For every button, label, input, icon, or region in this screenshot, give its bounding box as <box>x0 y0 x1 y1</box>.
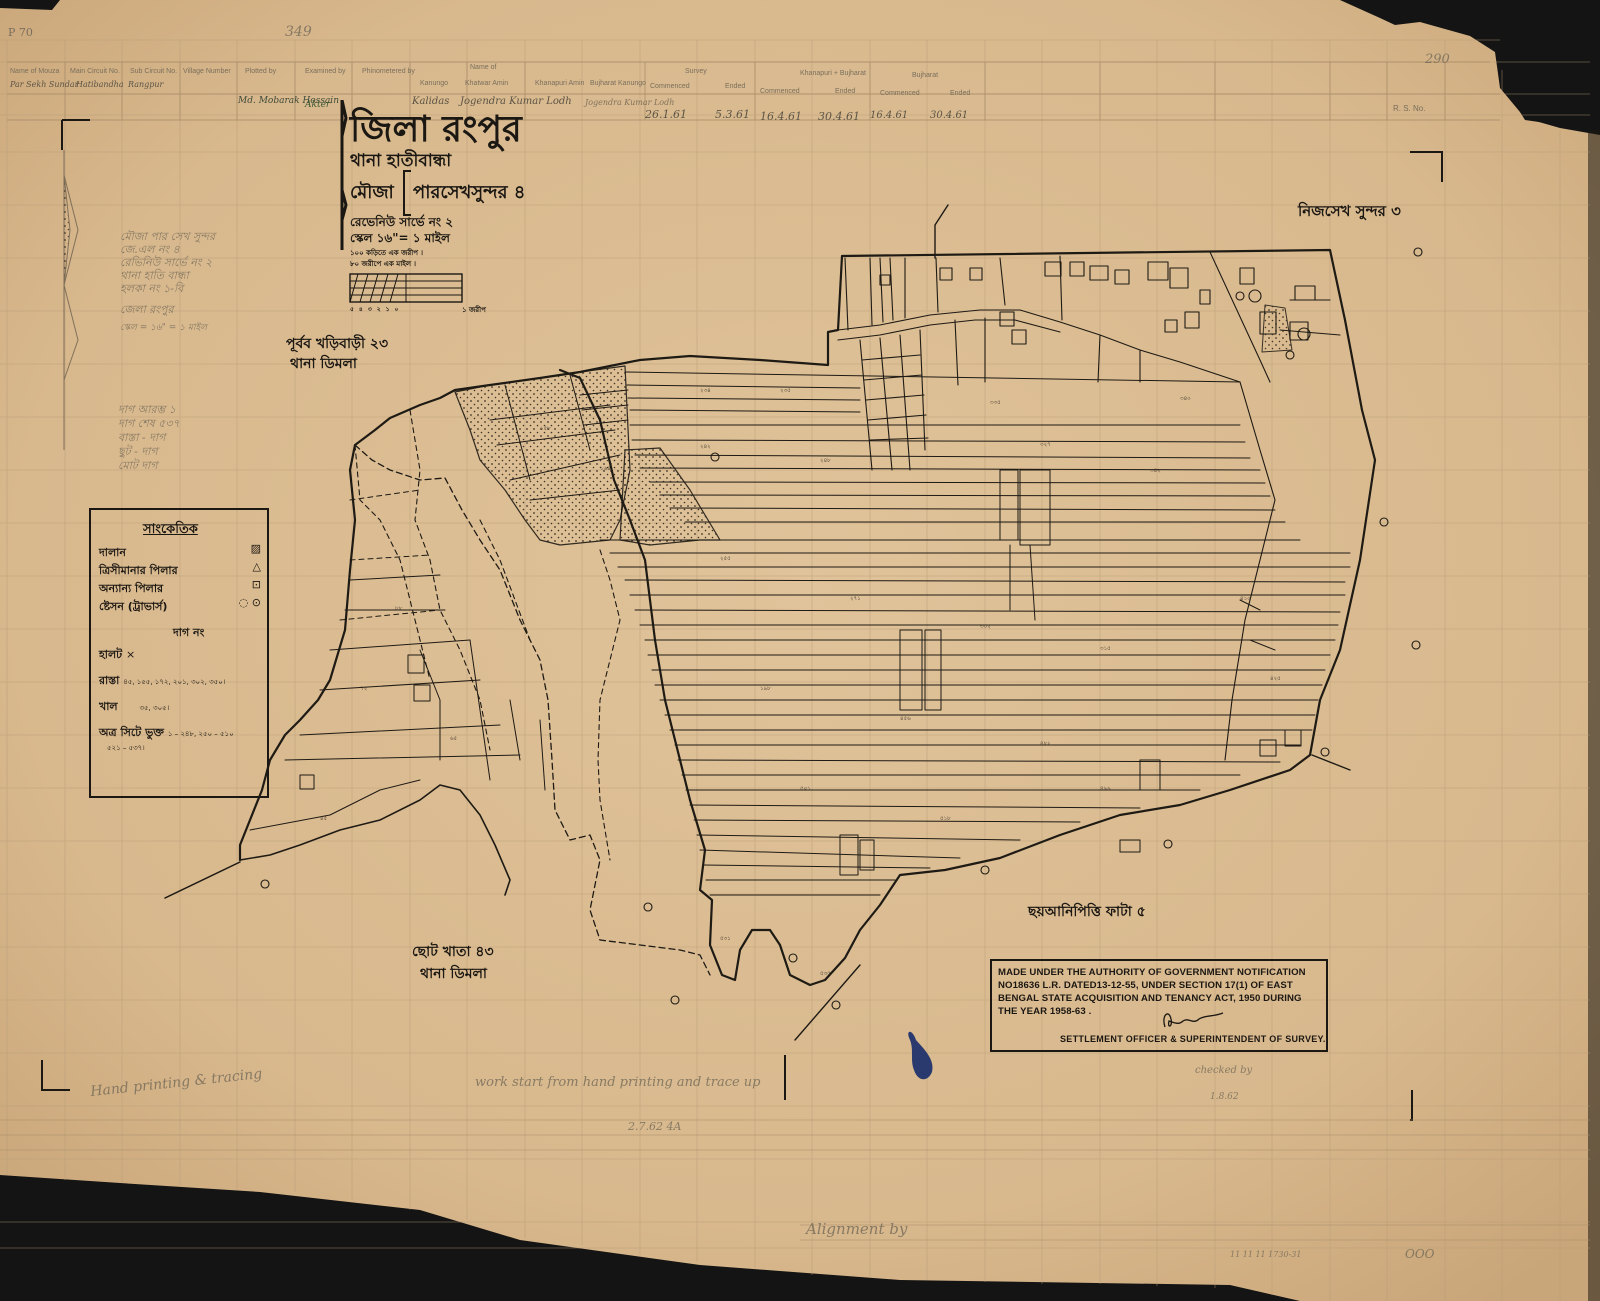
pencil-note-footer-numbers: 11 11 11 1730-31 <box>1230 1250 1301 1259</box>
header-label-khanapuri-commenced: Commenced <box>760 88 800 95</box>
svg-text:২৩৪: ২৩৪ <box>700 388 711 394</box>
header-value-mouza: Par Sekh Sundar <box>10 80 78 89</box>
header-label-survey-commenced: Commenced <box>650 83 690 90</box>
legend-dag-header: দাগ নং <box>173 624 204 643</box>
header-label-village-number: Village Number <box>183 68 231 75</box>
pencil-note-work-start: work start from hand printing and trace … <box>475 1075 761 1090</box>
header-label-bujharat-commenced: Commenced <box>880 90 920 97</box>
header-value-bujharat-ended: 30.4.61 <box>930 110 968 121</box>
legend-box: সাংকেতিক দালান ▨ ত্রিসীমানার পিলার △ অন্… <box>89 508 269 798</box>
adjacent-mouza-south-west-thana: থানা ডিমলা <box>420 962 487 986</box>
dag-row-value: ৩৫, ৩০৫। <box>139 704 169 712</box>
header-label-survey: Survey <box>685 68 707 75</box>
header-label-bujharat-kanungo: Bujharat Kanungo <box>590 80 646 87</box>
title-thana: থানা হাতীবান্ধা <box>350 148 451 176</box>
header-label-sub-circuit: Sub Circuit No. <box>130 68 177 75</box>
top-right-pencil-number: 290 <box>1425 52 1450 67</box>
square-pillar-icon: ⊡ <box>252 578 261 591</box>
svg-text:৫৩৫: ৫৩৫ <box>820 971 831 977</box>
header-value-sub-circuit: Rangpur <box>128 80 163 89</box>
header-value-bujharat-commenced: 16.4.61 <box>870 110 908 121</box>
pencil-note-line: মৌজা পার সেখ সুন্দর <box>120 230 215 243</box>
svg-text:২৭১: ২৭১ <box>850 596 861 602</box>
station-circle-icon: ◌ ⊙ <box>239 596 261 609</box>
dag-row-label: অত্র সিটে ভুক্ত <box>99 726 164 739</box>
svg-text:৫৩১: ৫৩১ <box>720 936 731 942</box>
header-label-kanungo: Kanungo <box>420 80 448 87</box>
legend-dag-row-road: রাস্তা ৪৫, ১৫৫, ১৭২, ২০১, ৩০২, ৩৫০। <box>99 672 225 691</box>
pencil-note-line: ছুট - দাগ <box>118 445 180 459</box>
svg-text:২৪২: ২৪২ <box>700 444 711 450</box>
scale-tick: ০ <box>395 306 404 313</box>
pencil-note-line: জে.এল নং ৪ <box>120 243 215 256</box>
sheet-reference: P 70 <box>8 26 33 39</box>
svg-text:২৪৮: ২৪৮ <box>820 458 831 464</box>
svg-text:২৩৫: ২৩৫ <box>780 388 791 394</box>
header-label-mouza: Name of Mouza <box>10 68 59 75</box>
scale-tick: ৫ <box>350 306 359 313</box>
dag-row-label: খাল <box>99 700 118 713</box>
scale-bar <box>348 272 478 308</box>
header-value-survey-commenced: 26.1.61 <box>645 108 687 121</box>
svg-text:৪৫৬: ৪৫৬ <box>900 716 911 722</box>
scale-bar-ticks: ৫৪৩২১০ <box>350 304 403 315</box>
header-value-main-circuit: Hatibandha <box>76 80 124 89</box>
svg-text:১৬৪: ১৬৪ <box>600 466 611 472</box>
legend-dag-row-canal: খাল ৩৫, ৩০৫। <box>99 698 169 717</box>
header-label-phinometered-by: Phinometered by <box>362 68 415 75</box>
pencil-note-line: স্কেল = ১৬" = ১ মাইল <box>120 322 215 335</box>
dag-row-label: হালট <box>99 648 122 661</box>
svg-text:৪২৫: ৪২৫ <box>1270 676 1281 682</box>
legend-dag-row-included-cont: ৫২১ – ৫৩৭। <box>107 742 145 754</box>
header-label-bujharat-period: Bujharat <box>912 72 938 79</box>
pencil-notes-left: মৌজা পার সেখ সুন্দর জে.এল নং ৪ রেভিনিউ স… <box>120 230 215 335</box>
dag-row-value: ৪৫, ১৫৫, ১৭২, ২০১, ৩০২, ৩৫০। <box>123 678 225 686</box>
adjacent-mouza-north-east: নিজসেখ সুন্দর ৩ <box>1298 200 1401 225</box>
svg-text:২৫৫: ২৫৫ <box>720 556 731 562</box>
pencil-note-alignment: Alignment by <box>806 1220 907 1238</box>
pencil-note-line: জেলা রংপুর <box>120 303 215 316</box>
pencil-note-line: দাগ শেষ ৫৩৭ <box>118 417 180 431</box>
scale-tick: ২ <box>377 306 386 313</box>
header-value-khanapuri-ended: 30.4.61 <box>818 110 860 123</box>
pencil-note-line: থানা হাতি বান্ধা <box>120 269 215 282</box>
header-label-khanapuri-amin: Khanapuri Amin <box>535 80 584 87</box>
scale-tick: ৪ <box>359 306 368 313</box>
triangle-pillar-icon: △ <box>253 560 261 573</box>
header-label-plotted-by: Plotted by <box>245 68 276 75</box>
header-label-name-of: Name of <box>470 64 496 71</box>
header-label-khanapuri-ended: Ended <box>835 88 855 95</box>
pencil-note-line: বাস্তা - দাগ <box>118 431 180 445</box>
mouza-bracket <box>403 170 411 216</box>
svg-text:৩৩৫: ৩৩৫ <box>990 400 1001 406</box>
header-label-bujharat-ended: Ended <box>950 90 970 97</box>
header-value-examined-by: Akter <box>305 100 330 110</box>
scale-tick: ৩ <box>368 306 377 313</box>
cadastral-map-sheet: ২৩৪২৩৫ ২৪২২৪৮ ৩৩৫৩২৭ ৩৪০৩৪২ ২৫৫২৭১ ৩০২৩১… <box>0 0 1600 1301</box>
svg-text:৭২: ৭২ <box>360 686 368 692</box>
header-label-khatwar: Khatwar Amin <box>465 80 508 87</box>
svg-text:৩৪০: ৩৪০ <box>1180 396 1191 402</box>
legend-dag-row-included: অত্র সিটে ভুক্ত ১ – ২৪৮, ২৫০ – ৫১০ <box>99 724 234 743</box>
scale-tick: ১ <box>386 306 395 313</box>
dag-row-label: রাস্তা <box>99 674 119 687</box>
legend-title: সাংকেতিক <box>143 520 198 541</box>
top-pencil-number: 349 <box>285 24 312 40</box>
svg-text:৮৮: ৮৮ <box>395 606 403 612</box>
pencil-note-checked-date: 1.8.62 <box>1210 1092 1239 1102</box>
header-label-survey-ended: Ended <box>725 83 745 90</box>
svg-text:৩০২: ৩০২ <box>980 624 991 630</box>
building-icon: ▨ <box>251 542 261 555</box>
adjacent-mouza-north-west-thana: থানা ডিমলা <box>290 352 357 376</box>
pencil-note-checked-by: checked by <box>1195 1065 1252 1076</box>
header-value-khanapuri-commenced: 16.4.61 <box>760 110 802 123</box>
pencil-note-line: রেভিনিউ সার্ভে নং ২ <box>120 256 215 269</box>
svg-text:৫১৮: ৫১৮ <box>940 816 951 822</box>
signature-icon <box>1157 1005 1227 1031</box>
adjacent-mouza-south-west: ছোট খাতা ৪৩ <box>412 940 494 964</box>
svg-text:৪৮২: ৪৮২ <box>1040 741 1051 747</box>
svg-text:৬৫: ৬৫ <box>450 736 458 742</box>
pencil-note-line: মোট দাগ <box>118 459 180 473</box>
svg-text:৩৪২: ৩৪২ <box>1150 468 1161 474</box>
legend-item-other-pillar: অন্যান্য পিলার <box>99 580 163 599</box>
title-mouza-label: মৌজা <box>350 178 394 209</box>
pencil-note-initials: 2.7.62 4A <box>628 1120 681 1133</box>
svg-text:১৫৮: ১৫৮ <box>540 426 551 432</box>
dag-row-value: ১ – ২৪৮, ২৫০ – ৫১০ <box>168 730 234 738</box>
header-label-examined-by: Examined by <box>305 68 345 75</box>
svg-text:১৯৮: ১৯৮ <box>760 686 771 692</box>
svg-text:৩২৭: ৩২৭ <box>1040 442 1051 448</box>
svg-text:৪৯৯: ৪৯৯ <box>1100 786 1111 792</box>
title-scale-note-2: ৮০ জরীপে এক মাইল । <box>350 258 416 270</box>
header-label-main-circuit: Main Circuit No. <box>70 68 120 75</box>
header-label-rs-no: R. S. No. <box>1393 104 1425 113</box>
signatory-label: SETTLEMENT OFFICER & SUPERINTENDENT OF S… <box>1060 1034 1326 1044</box>
adjacent-mouza-south-east: ছয়আনিপিত্তি ফাটা ৫ <box>1028 900 1146 924</box>
pencil-notes-dag: দাগ আরম্ভ ১ দাগ শেষ ৫৩৭ বাস্তা - দাগ ছুট… <box>118 403 180 473</box>
pencil-note-line: দাগ আরম্ভ ১ <box>118 403 180 417</box>
title-bracket-icon <box>334 100 350 250</box>
legend-item-building: দালান <box>99 544 126 563</box>
svg-text:৪৫: ৪৫ <box>320 816 328 822</box>
svg-text:৪১০: ৪১০ <box>1240 596 1251 602</box>
legend-item-traverse-station: ষ্টেসন (ট্রাভার্স) <box>99 598 167 617</box>
pencil-note-footer-marks: OOO <box>1405 1247 1435 1261</box>
header-value-bujharat: Jogendra Kumar Lodh <box>585 98 674 107</box>
svg-text:৫০১: ৫০১ <box>800 786 811 792</box>
title-mouza-name: পারসেখসুন্দর ৪ <box>413 178 525 209</box>
pencil-note-line: হলকা নং ১-বি <box>120 282 215 295</box>
header-label-khanapuri-period: Khanapuri + Bujharat <box>800 70 866 77</box>
svg-text:৩১৫: ৩১৫ <box>1100 646 1111 652</box>
legend-item-tri-junction-pillar: ত্রিসীমানার পিলার <box>99 562 178 581</box>
scale-bar-end: ১ জরীপ <box>462 304 486 316</box>
authority-notice-box: MADE UNDER THE AUTHORITY OF GOVERNMENT N… <box>990 959 1328 1052</box>
legend-dag-row-halot: হালট × <box>99 646 135 665</box>
header-value-survey-ended: 5.3.61 <box>715 108 750 121</box>
dag-row-value: × <box>126 648 135 661</box>
